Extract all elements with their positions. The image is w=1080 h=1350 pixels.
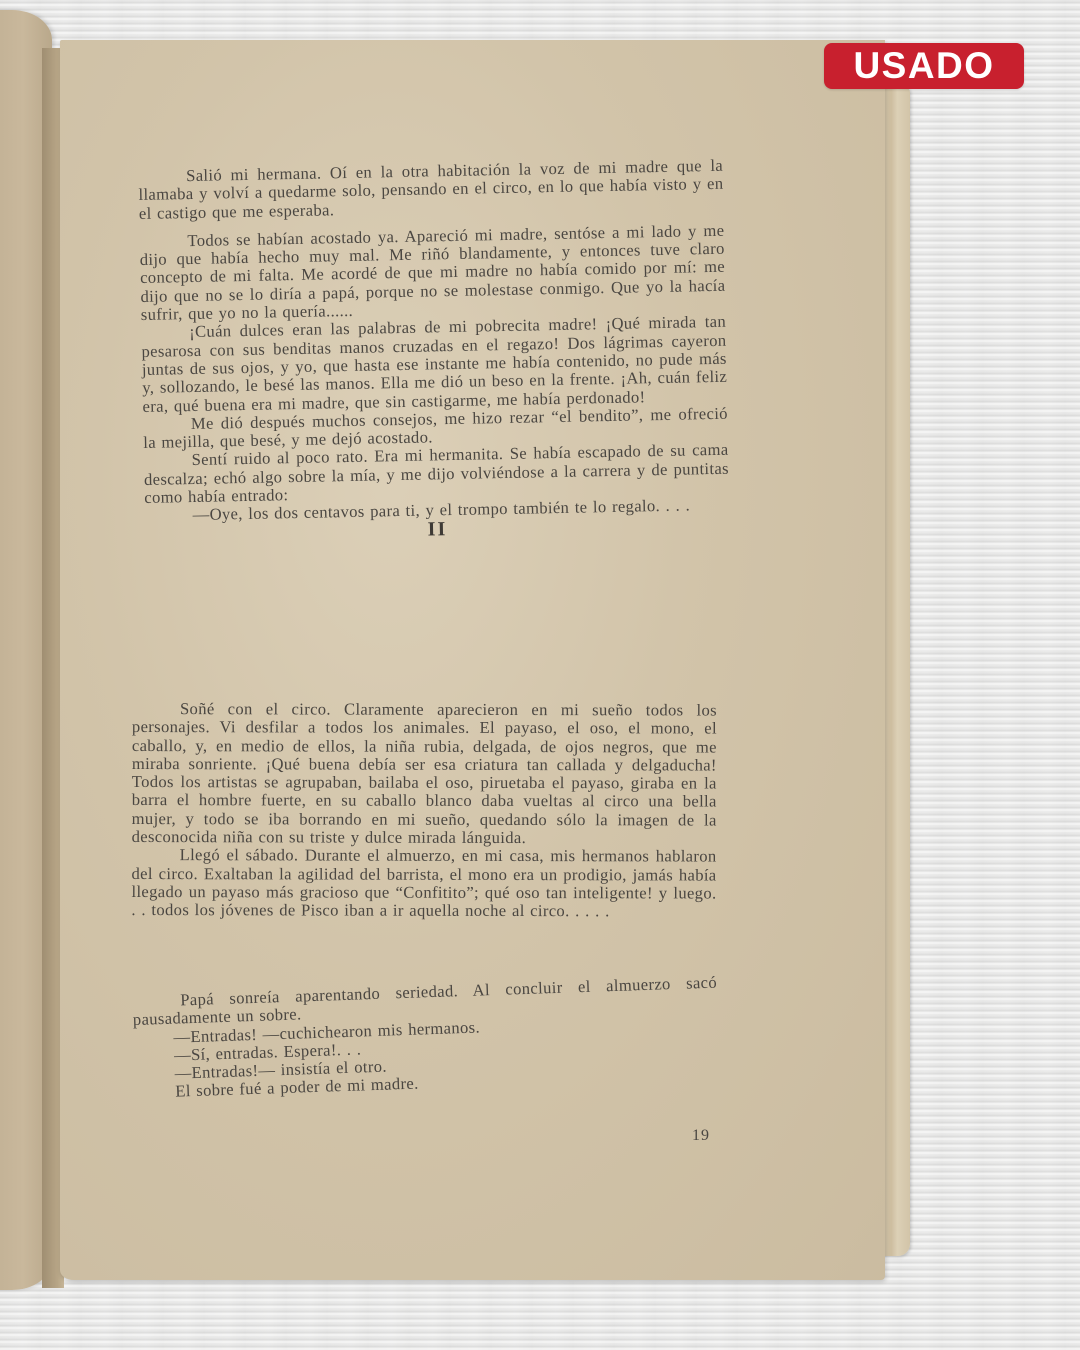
paragraph: Soñé con el circo. Claramente apareciero… (132, 700, 717, 848)
paragraph: ¡Cuán dulces eran las palabras de mi pob… (141, 313, 728, 416)
paragraph: Todos se habían acostado ya. Apareció mi… (139, 222, 726, 325)
paragraph: Salió mi hermana. Oí en la otra habitaci… (138, 157, 724, 223)
page-number: 19 (692, 1127, 710, 1145)
page-text-chapter: Soñé con el circo. Claramente apareciero… (131, 700, 717, 921)
paragraph: Llegó el sábado. Durante el almuerzo, en… (131, 846, 716, 921)
used-badge: USADO (824, 43, 1024, 89)
page-text-top: Salió mi hermana. Oí en la otra habitaci… (138, 157, 730, 544)
page-text-closing: Papá sonreía aparentando seriedad. Al co… (132, 974, 720, 1103)
